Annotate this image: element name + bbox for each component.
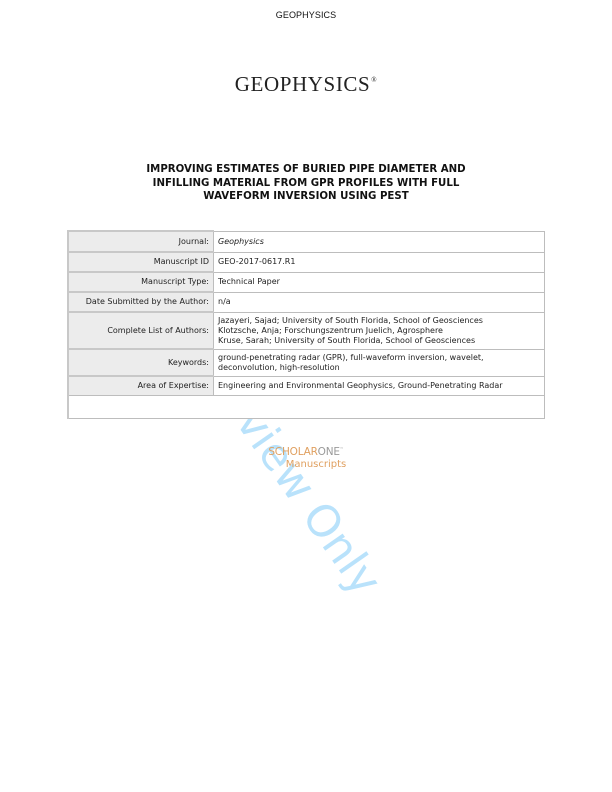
journal-logo: GEOPHYSICS® xyxy=(0,72,612,97)
title-line: IMPROVING ESTIMATES OF BURIED PIPE DIAME… xyxy=(100,163,512,177)
table-row-manuscript-id: Manuscript ID GEO-2017-0617.R1 xyxy=(68,252,545,272)
authors-label: Complete List of Authors: xyxy=(68,312,214,349)
manuscript-id-label: Manuscript ID xyxy=(68,252,214,272)
table-row-journal: Journal: Geophysics xyxy=(68,231,545,252)
keywords-line: ground-penetrating radar (GPR), full-wav… xyxy=(218,353,540,363)
keywords-label: Keywords: xyxy=(68,349,214,376)
running-header: GEOPHYSICS xyxy=(0,10,612,20)
author-entry: Kruse, Sarah; University of South Florid… xyxy=(218,336,540,346)
manuscript-metadata-table: Journal: Geophysics Manuscript ID GEO-20… xyxy=(67,230,545,419)
paper-title: IMPROVING ESTIMATES OF BURIED PIPE DIAME… xyxy=(100,163,512,204)
date-submitted-label: Date Submitted by the Author: xyxy=(68,292,214,312)
keywords-value: ground-penetrating radar (GPR), full-wav… xyxy=(214,349,545,376)
area-of-expertise-label: Area of Expertise: xyxy=(68,376,214,396)
manuscript-type-value: Technical Paper xyxy=(214,272,545,292)
journal-value: Geophysics xyxy=(214,231,545,252)
journal-logo-text: GEOPHYSICS xyxy=(235,72,371,96)
table-row-manuscript-type: Manuscript Type: Technical Paper xyxy=(68,272,545,292)
title-line: WAVEFORM INVERSION USING PEST xyxy=(100,190,512,204)
journal-label: Journal: xyxy=(68,231,214,252)
keywords-line: deconvolution, high-resolution xyxy=(218,363,540,373)
table-row-area-of-expertise: Area of Expertise: Engineering and Envir… xyxy=(68,376,545,396)
authors-value: Jazayeri, Sajad; University of South Flo… xyxy=(214,312,545,349)
table-row-keywords: Keywords: ground-penetrating radar (GPR)… xyxy=(68,349,545,376)
empty-cell xyxy=(68,396,545,419)
registered-mark: ® xyxy=(371,76,377,84)
manuscript-type-label: Manuscript Type: xyxy=(68,272,214,292)
manuscripts-wordmark: Manuscripts xyxy=(20,459,612,470)
title-line: INFILLING MATERIAL FROM GPR PROFILES WIT… xyxy=(100,177,512,191)
scholarone-logo: SCHOLARONE™ Manuscripts xyxy=(0,440,612,470)
area-of-expertise-value: Engineering and Environmental Geophysics… xyxy=(214,376,545,396)
date-submitted-value: n/a xyxy=(214,292,545,312)
manuscript-id-value: GEO-2017-0617.R1 xyxy=(214,252,545,272)
author-entry: Jazayeri, Sajad; University of South Flo… xyxy=(218,316,540,326)
scholarone-wordmark: SCHOLARONE™ xyxy=(268,446,343,458)
table-row-empty xyxy=(68,396,545,419)
table-row-date-submitted: Date Submitted by the Author: n/a xyxy=(68,292,545,312)
table-row-authors: Complete List of Authors: Jazayeri, Saja… xyxy=(68,312,545,349)
author-entry: Klotzsche, Anja; Forschungszentrum Jueli… xyxy=(218,326,540,336)
